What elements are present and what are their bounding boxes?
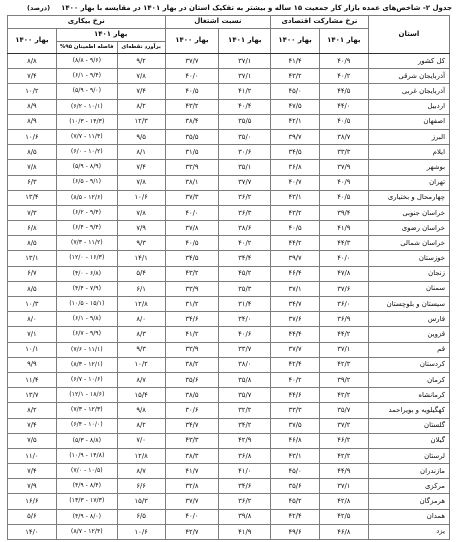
participation-1400-value: ۴۳/۱ [271, 448, 320, 463]
province-name: تهران [368, 175, 449, 190]
unemployment-point-1401-value: ۱۲/۸ [117, 448, 165, 463]
table-row: ایلام۳۳/۳۳۴/۵۳۰/۶۳۱/۵۸/۱(۶/۰ - ۱۰/۲)۸/۵ [8, 145, 450, 160]
table-row: چهارمحال و بختیاری۴۰/۵۴۳/۱۳۶/۲۳۷/۳۱۰/۶(۸… [8, 190, 450, 205]
employment-1401-value: ۳۰/۶ [219, 145, 271, 160]
employment-1400-value: ۳۴/۵ [165, 251, 219, 266]
province-name: هرمزگان [368, 494, 449, 509]
unemployment-ci95-1401-value: (۵/۹ - ۸/۹) [56, 160, 117, 175]
province-name: خراسان شمالی [368, 236, 449, 251]
unemployment-1400-value: ۶/۸ [8, 221, 57, 236]
unemployment-ci95-1401-value: (۵/۳ - ۸/۸) [56, 433, 117, 448]
unemployment-1400-value: ۱۰/۲ [8, 84, 57, 99]
unemployment-point-1401-value: ۹/۳ [117, 236, 165, 251]
unemployment-point-1401-value: ۷/۴ [117, 160, 165, 175]
unemployment-point-1401-value: ۸/۱ [117, 145, 165, 160]
unemployment-1400-value: ۷/۴ [8, 464, 57, 479]
employment-1401-value: ۳۳/۷ [219, 342, 271, 357]
employment-1400-value: ۳۲/۸ [165, 479, 219, 494]
employment-1401-value: ۳۴/۲ [219, 418, 271, 433]
participation-1401-value: ۴۴/۳ [319, 236, 368, 251]
unemployment-ci95-1401-value: (۶/۲ - ۹/۴) [56, 205, 117, 220]
participation-1401-value: ۴۷/۸ [319, 266, 368, 281]
col-header-unemployment-1401: بهار ۱۴۰۱ [56, 29, 165, 42]
unemployment-1400-value: ۷/۸ [8, 160, 57, 175]
participation-1401-value: ۴۲/۵ [319, 509, 368, 524]
participation-1401-value: ۴۶/۲ [319, 433, 368, 448]
unemployment-ci95-1401-value: (۷/۷ - ۱۱/۴) [56, 129, 117, 144]
participation-1400-value: ۴۰/۲ [271, 372, 320, 387]
province-name: البرز [368, 129, 449, 144]
employment-1400-value: ۴۱/۷ [165, 464, 219, 479]
unemployment-point-1401-value: ۶/۵ [117, 509, 165, 524]
participation-1401-value: ۳۸/۷ [319, 129, 368, 144]
participation-1400-value: ۴۲/۴ [271, 509, 320, 524]
employment-1401-value: ۳۴/۰ [219, 312, 271, 327]
unemployment-1400-value: ۷/۴ [8, 69, 57, 84]
col-header-point-estimate: برآورد نقطه‌ای [117, 42, 165, 54]
province-name: کرمان [368, 372, 449, 387]
unemployment-point-1401-value: ۹/۸ [117, 403, 165, 418]
unemployment-point-1401-value: ۱۵/۴ [117, 388, 165, 403]
table-row: گلستان۳۷/۲۳۷/۵۳۴/۲۳۴/۷۸/۲(۶/۴ - ۱۰/۰)۷/۴ [8, 418, 450, 433]
unemployment-ci95-1401-value: (۴/۰ - ۶/۸) [56, 266, 117, 281]
employment-1400-value: ۳۱/۵ [165, 145, 219, 160]
unemployment-point-1401-value: ۷/۴ [117, 84, 165, 99]
province-name: کرمانشاه [368, 388, 449, 403]
unemployment-ci95-1401-value: (۷/۳ - ۱۲/۳) [56, 403, 117, 418]
unemployment-1400-value: ۸/۵ [8, 145, 57, 160]
table-row: خراسان رضوی۴۱/۹۴۰/۵۳۸/۶۳۷/۸۷/۹(۶/۴ - ۹/۴… [8, 221, 450, 236]
employment-1401-value: ۳۷/۷ [219, 175, 271, 190]
employment-1400-value: ۴۰/۰ [165, 69, 219, 84]
employment-1401-value: ۳۷/۱ [219, 54, 271, 69]
participation-1401-value: ۳۹/۲ [319, 372, 368, 387]
unemployment-1400-value: ۸/۵ [8, 236, 57, 251]
unemployment-1400-value: ۸/۰ [8, 312, 57, 327]
province-name: گلستان [368, 418, 449, 433]
unemployment-1400-value: ۱۴/۰ [8, 524, 57, 539]
participation-1401-value: ۴۲/۸ [319, 494, 368, 509]
province-name: سمنان [368, 281, 449, 296]
participation-1401-value: ۴۲/۲ [319, 388, 368, 403]
participation-1401-value: ۳۶/۹ [319, 312, 368, 327]
employment-1400-value: ۳۸/۴ [165, 114, 219, 129]
employment-1401-value: ۴۱/۹ [219, 524, 271, 539]
employment-1401-value: ۴۱/۰ [219, 464, 271, 479]
province-name: اصفهان [368, 114, 449, 129]
unemployment-ci95-1401-value: (۸/۳ - ۱۲/۱) [56, 357, 117, 372]
province-name: اردبیل [368, 99, 449, 114]
participation-1400-value: ۴۶/۸ [271, 433, 320, 448]
employment-1400-value: ۳۷/۸ [165, 221, 219, 236]
participation-1400-value: ۳۷/۶ [271, 312, 320, 327]
participation-1401-value: ۳۷/۶ [319, 281, 368, 296]
table-row: زنجان۴۷/۸۴۶/۴۴۵/۲۴۳/۲۵/۴(۴/۰ - ۶/۸)۶/۷ [8, 266, 450, 281]
participation-1400-value: ۴۳/۲ [271, 205, 320, 220]
province-name: لرستان [368, 448, 449, 463]
table-row: اصفهان۴۰/۵۴۲/۱۳۵/۵۳۸/۴۱۲/۳(۱۰/۳ - ۱۴/۳)۸… [8, 114, 450, 129]
participation-1400-value: ۳۵/۶ [271, 479, 320, 494]
unemployment-ci95-1401-value: (۱۰/۹ - ۱۴/۸) [56, 448, 117, 463]
unemployment-1400-value: ۱۰/۶ [8, 129, 57, 144]
employment-1400-value: ۳۴/۷ [165, 418, 219, 433]
participation-1401-value: ۴۰/۹ [319, 175, 368, 190]
province-name: بوشهر [368, 160, 449, 175]
employment-1401-value: ۳۶/۲ [219, 494, 271, 509]
employment-1401-value: ۳۶/۸ [219, 448, 271, 463]
table-row: هرمزگان۴۲/۸۴۵/۲۳۶/۲۳۷/۷۱۵/۳(۱۳/۳ - ۱۷/۳)… [8, 494, 450, 509]
unemployment-1400-value: ۱۰/۱ [8, 342, 57, 357]
unemployment-ci95-1401-value: (۶/۱ - ۹/۸) [56, 312, 117, 327]
employment-1401-value: ۳۸/۰ [219, 357, 271, 372]
unemployment-point-1401-value: ۹/۵ [117, 129, 165, 144]
unemployment-1400-value: ۸/۸ [8, 54, 57, 69]
participation-1400-value: ۴۹/۶ [271, 524, 320, 539]
employment-1400-value: ۴۳/۳ [165, 433, 219, 448]
unemployment-ci95-1401-value: (۶/۷ - ۱۰/۶) [56, 372, 117, 387]
province-name: خراسان رضوی [368, 221, 449, 236]
unemployment-1400-value: ۸/۹ [8, 114, 57, 129]
unemployment-1400-value: ۱۳/۱ [8, 251, 57, 266]
participation-1400-value: ۴۴/۴ [271, 327, 320, 342]
unemployment-point-1401-value: ۱۵/۳ [117, 494, 165, 509]
unemployment-ci95-1401-value: (۴/۴ - ۷/۹) [56, 281, 117, 296]
employment-1401-value: ۳۷/۱ [219, 69, 271, 84]
unemployment-1400-value: ۱۱/۰ [8, 448, 57, 463]
table-row: مازندران۴۴/۹۴۵/۰۴۱/۰۴۱/۷۸/۷(۷/۰ - ۱۰/۵)۷… [8, 464, 450, 479]
col-header-unemployment-1400: بهار ۱۴۰۰ [8, 29, 57, 54]
table-row: مرکزی۳۷/۱۳۵/۶۳۴/۶۳۲/۸۶/۶(۴/۹ - ۸/۴)۷/۹ [8, 479, 450, 494]
unemployment-point-1401-value: ۵/۴ [117, 266, 165, 281]
province-name: مرکزی [368, 479, 449, 494]
unit-note: (درصد) [27, 4, 50, 12]
participation-1400-value: ۴۴/۶ [271, 388, 320, 403]
participation-1400-value: ۴۴/۲ [271, 236, 320, 251]
unemployment-ci95-1401-value: (۶/۲ - ۱۰/۱) [56, 99, 117, 114]
unemployment-point-1401-value: ۱۲/۳ [117, 114, 165, 129]
participation-1400-value: ۴۳/۱ [271, 190, 320, 205]
employment-1400-value: ۳۰/۶ [165, 403, 219, 418]
unemployment-1400-value: ۸/۵ [8, 281, 57, 296]
employment-1401-value: ۳۹/۸ [219, 509, 271, 524]
province-name: گیلان [368, 433, 449, 448]
employment-1400-value: ۳۱/۲ [165, 297, 219, 312]
unemployment-point-1401-value: ۱۰/۲ [117, 357, 165, 372]
employment-1400-value: ۴۰/۵ [165, 84, 219, 99]
unemployment-ci95-1401-value: (۱۰/۳ - ۱۴/۳) [56, 114, 117, 129]
unemployment-ci95-1401-value: (۴/۹ - ۸/۴) [56, 479, 117, 494]
employment-1401-value: ۳۴/۶ [219, 479, 271, 494]
participation-1400-value: ۴۳/۲ [271, 69, 320, 84]
unemployment-point-1401-value: ۶/۱ [117, 281, 165, 296]
employment-1401-value: ۳۶/۲ [219, 190, 271, 205]
unemployment-ci95-1401-value: (۶/۴ - ۱۰/۰) [56, 418, 117, 433]
table-row: آذربایجان شرقی۴۰/۲۴۳/۲۳۷/۱۴۰/۰۷/۸(۶/۱ - … [8, 69, 450, 84]
unemployment-ci95-1401-value: (۷/۶ - ۱۱/۱) [56, 342, 117, 357]
employment-1401-value: ۳۴/۴ [219, 251, 271, 266]
unemployment-1400-value: ۹/۹ [8, 357, 57, 372]
participation-1401-value: ۳۷/۲ [319, 418, 368, 433]
unemployment-ci95-1401-value: (۷/۰ - ۱۰/۵) [56, 464, 117, 479]
participation-1401-value: ۳۳/۳ [319, 145, 368, 160]
participation-1401-value: ۴۴/۰ [319, 99, 368, 114]
employment-1400-value: ۳۸/۱ [165, 175, 219, 190]
province-name: همدان [368, 509, 449, 524]
participation-1400-value: ۴۵/۲ [271, 494, 320, 509]
unemployment-1400-value: ۷/۹ [8, 479, 57, 494]
unemployment-1400-value: ۶/۷ [8, 266, 57, 281]
table-row: قزوین۴۴/۲۴۴/۴۴۰/۶۴۱/۲۸/۳(۶/۷ - ۹/۹)۷/۱ [8, 327, 450, 342]
table-row: کهگیلویه و بویراحمد۳۵/۷۳۳/۳۳۲/۲۳۰/۶۹/۸(۷… [8, 403, 450, 418]
participation-1401-value: ۴۰/۵ [319, 190, 368, 205]
participation-1401-value: ۴۴/۹ [319, 464, 368, 479]
employment-1401-value: ۴۱/۲ [219, 84, 271, 99]
col-header-confidence-interval: فاصله اطمینان ۹۵% [56, 42, 117, 54]
unemployment-1400-value: ۵/۶ [8, 509, 57, 524]
participation-1401-value: ۴۰/۹ [319, 54, 368, 69]
unemployment-ci95-1401-value: (۸/۸ - ۹/۶) [56, 54, 117, 69]
unemployment-1400-value: ۷/۴ [8, 418, 57, 433]
province-name: فارس [368, 312, 449, 327]
unemployment-ci95-1401-value: (۴/۹ - ۸/۰) [56, 509, 117, 524]
participation-1400-value: ۳۷/۵ [271, 418, 320, 433]
employment-1401-value: ۳۵/۸ [219, 372, 271, 387]
employment-1400-value: ۳۷/۷ [165, 494, 219, 509]
employment-1400-value: ۳۳/۹ [165, 160, 219, 175]
province-name: کل کشور [368, 54, 449, 69]
employment-1401-value: ۳۵/۰ [219, 129, 271, 144]
table-row: خراسان جنوبی۳۹/۴۴۳/۲۳۶/۳۴۰/۰۷/۸(۶/۲ - ۹/… [8, 205, 450, 220]
participation-1400-value: ۴۲/۴ [271, 357, 320, 372]
employment-1400-value: ۴۲/۷ [165, 524, 219, 539]
participation-1401-value: ۳۷/۱ [319, 479, 368, 494]
employment-1400-value: ۳۸/۲ [165, 357, 219, 372]
province-name: کردستان [368, 357, 449, 372]
unemployment-ci95-1401-value: (۱۰/۵ - ۱۵/۱) [56, 297, 117, 312]
province-name: آذربایجان غربی [368, 84, 449, 99]
employment-1400-value: ۳۴/۶ [165, 312, 219, 327]
employment-1401-value: ۴۲/۹ [219, 433, 271, 448]
labor-market-table: استان نرخ مشارکت اقتصادی نسبت اشتغال نرخ… [7, 15, 450, 540]
participation-1400-value: ۳۹/۷ [271, 251, 320, 266]
table-row: قم۳۷/۱۳۷/۷۳۳/۷۳۳/۹۹/۳(۷/۶ - ۱۱/۱)۱۰/۱ [8, 342, 450, 357]
participation-1400-value: ۳۹/۷ [271, 129, 320, 144]
employment-1400-value: ۴۰/۰ [165, 509, 219, 524]
unemployment-ci95-1401-value: (۶/۷ - ۹/۹) [56, 327, 117, 342]
unemployment-point-1401-value: ۷/۸ [117, 69, 165, 84]
unemployment-point-1401-value: ۷/۹ [117, 221, 165, 236]
employment-1400-value: ۳۷/۷ [165, 54, 219, 69]
participation-1400-value: ۴۲/۱ [271, 114, 320, 129]
unemployment-ci95-1401-value: (۸/۵ - ۱۲/۶) [56, 190, 117, 205]
table-row: همدان۴۲/۵۴۲/۴۳۹/۸۴۰/۰۶/۵(۴/۹ - ۸/۰)۵/۶ [8, 509, 450, 524]
unemployment-ci95-1401-value: (۸/۷ - ۱۲/۴) [56, 524, 117, 539]
province-name: آذربایجان شرقی [368, 69, 449, 84]
participation-1401-value: ۳۷/۱ [319, 342, 368, 357]
province-name: کهگیلویه و بویراحمد [368, 403, 449, 418]
unemployment-point-1401-value: ۸/۷ [117, 464, 165, 479]
col-header-province: استان [368, 16, 449, 54]
employment-1400-value: ۴۳/۲ [165, 266, 219, 281]
province-name: مازندران [368, 464, 449, 479]
participation-1401-value: ۴۰/۵ [319, 114, 368, 129]
participation-1400-value: ۴۵/۰ [271, 84, 320, 99]
unemployment-point-1401-value: ۸/۲ [117, 418, 165, 433]
participation-1401-value: ۴۰/۰ [319, 251, 368, 266]
unemployment-1400-value: ۷/۵ [8, 433, 57, 448]
employment-1401-value: ۴۰/۶ [219, 327, 271, 342]
participation-1400-value: ۳۴/۷ [271, 297, 320, 312]
table-row: اردبیل۴۴/۰۴۷/۵۴۰/۴۴۳/۲۸/۲(۶/۲ - ۱۰/۱)۸/۹ [8, 99, 450, 114]
col-header-employment-1400: بهار ۱۴۰۰ [165, 29, 219, 54]
col-header-participation-1401: بهار ۱۴۰۱ [319, 29, 368, 54]
employment-1401-value: ۳۱/۴ [219, 297, 271, 312]
participation-1400-value: ۴۰/۵ [271, 221, 320, 236]
employment-1401-value: ۳۵/۵ [219, 114, 271, 129]
participation-1400-value: ۳۷/۱ [271, 281, 320, 296]
unemployment-ci95-1401-value: (۶/۱ - ۹/۴) [56, 69, 117, 84]
province-name: چهارمحال و بختیاری [368, 190, 449, 205]
table-row: سیستان و بلوچستان۳۶/۰۳۴/۷۳۱/۴۳۱/۲۱۲/۸(۱۰… [8, 297, 450, 312]
participation-1400-value: ۳۷/۷ [271, 342, 320, 357]
unemployment-point-1401-value: ۷/۸ [117, 175, 165, 190]
group-header-employment: نسبت اشتغال [165, 16, 271, 29]
participation-1401-value: ۴۲/۲ [319, 448, 368, 463]
employment-1400-value: ۳۸/۳ [165, 448, 219, 463]
participation-1401-value: ۳۷/۹ [319, 160, 368, 175]
unemployment-1400-value: ۷/۳ [8, 205, 57, 220]
unemployment-ci95-1401-value: (۶/۴ - ۹/۴) [56, 221, 117, 236]
group-header-participation: نرخ مشارکت اقتصادی [271, 16, 369, 29]
unemployment-point-1401-value: ۸/۳ [117, 327, 165, 342]
participation-1401-value: ۴۱/۹ [319, 221, 368, 236]
table-row: فارس۳۶/۹۳۷/۶۳۴/۰۳۴/۶۸/۰(۶/۱ - ۹/۸)۸/۰ [8, 312, 450, 327]
participation-1400-value: ۴۱/۴ [271, 54, 320, 69]
participation-1401-value: ۳۶/۰ [319, 297, 368, 312]
unemployment-1400-value: ۱۱/۴ [8, 372, 57, 387]
unemployment-ci95-1401-value: (۶/۰ - ۱۰/۲) [56, 145, 117, 160]
unemployment-ci95-1401-value: (۱۲/۱ - ۱۸/۶) [56, 388, 117, 403]
unemployment-point-1401-value: ۹/۲ [117, 54, 165, 69]
unemployment-1400-value: ۱۰/۳ [8, 297, 57, 312]
table-row: کرمان۳۹/۲۴۰/۲۳۵/۸۳۵/۶۸/۷(۶/۷ - ۱۰/۶)۱۱/۴ [8, 372, 450, 387]
employment-1401-value: ۴۵/۲ [219, 266, 271, 281]
unemployment-ci95-1401-value: (۱۳/۳ - ۱۷/۳) [56, 494, 117, 509]
participation-1401-value: ۴۲/۳ [319, 357, 368, 372]
employment-1400-value: ۴۰/۰ [165, 205, 219, 220]
unemployment-ci95-1401-value: (۵/۹ - ۹/۰) [56, 84, 117, 99]
employment-1401-value: ۳۵/۳ [219, 281, 271, 296]
province-name: یزد [368, 524, 449, 539]
participation-1400-value: ۴۵/۰ [271, 464, 320, 479]
participation-1401-value: ۳۹/۴ [319, 205, 368, 220]
province-name: قم [368, 342, 449, 357]
table-row: گیلان۴۶/۲۴۶/۸۴۲/۹۴۳/۳۷/۰(۵/۳ - ۸/۸)۷/۵ [8, 433, 450, 448]
unemployment-ci95-1401-value: (۶/۵ - ۹/۱) [56, 175, 117, 190]
employment-1400-value: ۴۱/۲ [165, 327, 219, 342]
province-name: خراسان جنوبی [368, 205, 449, 220]
participation-1401-value: ۴۰/۲ [319, 69, 368, 84]
unemployment-point-1401-value: ۱۰/۶ [117, 524, 165, 539]
employment-1400-value: ۳۷/۳ [165, 190, 219, 205]
employment-1400-value: ۴۳/۲ [165, 99, 219, 114]
unemployment-point-1401-value: ۸/۰ [117, 312, 165, 327]
unemployment-point-1401-value: ۸/۲ [117, 99, 165, 114]
employment-1401-value: ۴۰/۲ [219, 236, 271, 251]
employment-1401-value: ۳۸/۶ [219, 221, 271, 236]
table-row: یزد۴۶/۸۴۹/۶۴۱/۹۴۲/۷۱۰/۶(۸/۷ - ۱۲/۴)۱۴/۰ [8, 524, 450, 539]
table-row: خوزستان۴۰/۰۳۹/۷۳۴/۴۳۴/۵۱۴/۱(۱۲/۰ - ۱۶/۳)… [8, 251, 450, 266]
province-name: قزوین [368, 327, 449, 342]
employment-1400-value: ۳۸/۵ [165, 388, 219, 403]
table-body: کل کشور۴۰/۹۴۱/۴۳۷/۱۳۷/۷۹/۲(۸/۸ - ۹/۶)۸/۸… [8, 54, 450, 540]
employment-1400-value: ۳۳/۹ [165, 342, 219, 357]
employment-1401-value: ۳۵/۱ [219, 160, 271, 175]
table-row: سمنان۳۷/۶۳۷/۱۳۵/۳۳۳/۹۶/۱(۴/۴ - ۷/۹)۸/۵ [8, 281, 450, 296]
employment-1401-value: ۳۵/۷ [219, 388, 271, 403]
unemployment-point-1401-value: ۱۰/۶ [117, 190, 165, 205]
participation-1400-value: ۳۶/۸ [271, 160, 320, 175]
employment-1401-value: ۴۰/۴ [219, 99, 271, 114]
unemployment-1400-value: ۱۳/۷ [8, 388, 57, 403]
table-row: کردستان۴۲/۳۴۲/۴۳۸/۰۳۸/۲۱۰/۲(۸/۳ - ۱۲/۱)۹… [8, 357, 450, 372]
employment-1400-value: ۳۳/۹ [165, 281, 219, 296]
unemployment-1400-value: ۷/۱ [8, 327, 57, 342]
participation-1400-value: ۴۶/۴ [271, 266, 320, 281]
province-name: خوزستان [368, 251, 449, 266]
table-row: بوشهر۳۷/۹۳۶/۸۳۵/۱۳۳/۹۷/۴(۵/۹ - ۸/۹)۷/۸ [8, 160, 450, 175]
employment-1401-value: ۳۲/۲ [219, 403, 271, 418]
unemployment-point-1401-value: ۶/۶ [117, 479, 165, 494]
unemployment-ci95-1401-value: (۱۲/۰ - ۱۶/۳) [56, 251, 117, 266]
table-row: خراسان شمالی۴۴/۳۴۴/۲۴۰/۲۴۰/۵۹/۳(۷/۳ - ۱۱… [8, 236, 450, 251]
unemployment-ci95-1401-value: (۷/۳ - ۱۱/۲) [56, 236, 117, 251]
unemployment-point-1401-value: ۹/۳ [117, 342, 165, 357]
table-title: جدول ۲- شاخص‌های عمده بازار کار جمعیت ۱۵… [61, 4, 452, 12]
table-row: تهران۴۰/۹۴۰/۷۳۷/۷۳۸/۱۷/۸(۶/۵ - ۹/۱)۶/۳ [8, 175, 450, 190]
unemployment-point-1401-value: ۱۲/۸ [117, 297, 165, 312]
employment-1400-value: ۳۵/۶ [165, 372, 219, 387]
participation-1401-value: ۳۵/۷ [319, 403, 368, 418]
province-name: سیستان و بلوچستان [368, 297, 449, 312]
unemployment-point-1401-value: ۷/۰ [117, 433, 165, 448]
table-row: آذربایجان غربی۴۴/۵۴۵/۰۴۱/۲۴۰/۵۷/۴(۵/۹ - … [8, 84, 450, 99]
report-page: جدول ۲- شاخص‌های عمده بازار کار جمعیت ۱۵… [0, 0, 459, 542]
participation-1400-value: ۴۷/۵ [271, 99, 320, 114]
unemployment-1400-value: ۸/۹ [8, 99, 57, 114]
table-row: کل کشور۴۰/۹۴۱/۴۳۷/۱۳۷/۷۹/۲(۸/۸ - ۹/۶)۸/۸ [8, 54, 450, 69]
unemployment-1400-value: ۶/۳ [8, 175, 57, 190]
participation-1400-value: ۴۰/۷ [271, 175, 320, 190]
table-row: کرمانشاه۴۲/۲۴۴/۶۳۵/۷۳۸/۵۱۵/۴(۱۲/۱ - ۱۸/۶… [8, 388, 450, 403]
employment-1400-value: ۴۰/۵ [165, 236, 219, 251]
table-row: لرستان۴۲/۲۴۳/۱۳۶/۸۳۸/۳۱۲/۸(۱۰/۹ - ۱۴/۸)۱… [8, 448, 450, 463]
title-row: جدول ۲- شاخص‌های عمده بازار کار جمعیت ۱۵… [7, 4, 452, 12]
province-name: زنجان [368, 266, 449, 281]
unemployment-point-1401-value: ۱۴/۱ [117, 251, 165, 266]
unemployment-1400-value: ۱۶/۶ [8, 494, 57, 509]
employment-1401-value: ۳۶/۳ [219, 205, 271, 220]
participation-1400-value: ۳۳/۳ [271, 403, 320, 418]
participation-1401-value: ۴۴/۵ [319, 84, 368, 99]
unemployment-point-1401-value: ۸/۷ [117, 372, 165, 387]
table-row: البرز۳۸/۷۳۹/۷۳۵/۰۳۵/۵۹/۵(۷/۷ - ۱۱/۴)۱۰/۶ [8, 129, 450, 144]
unemployment-point-1401-value: ۷/۸ [117, 205, 165, 220]
participation-1401-value: ۴۴/۲ [319, 327, 368, 342]
province-name: ایلام [368, 145, 449, 160]
unemployment-1400-value: ۱۳/۴ [8, 190, 57, 205]
participation-1400-value: ۳۴/۵ [271, 145, 320, 160]
